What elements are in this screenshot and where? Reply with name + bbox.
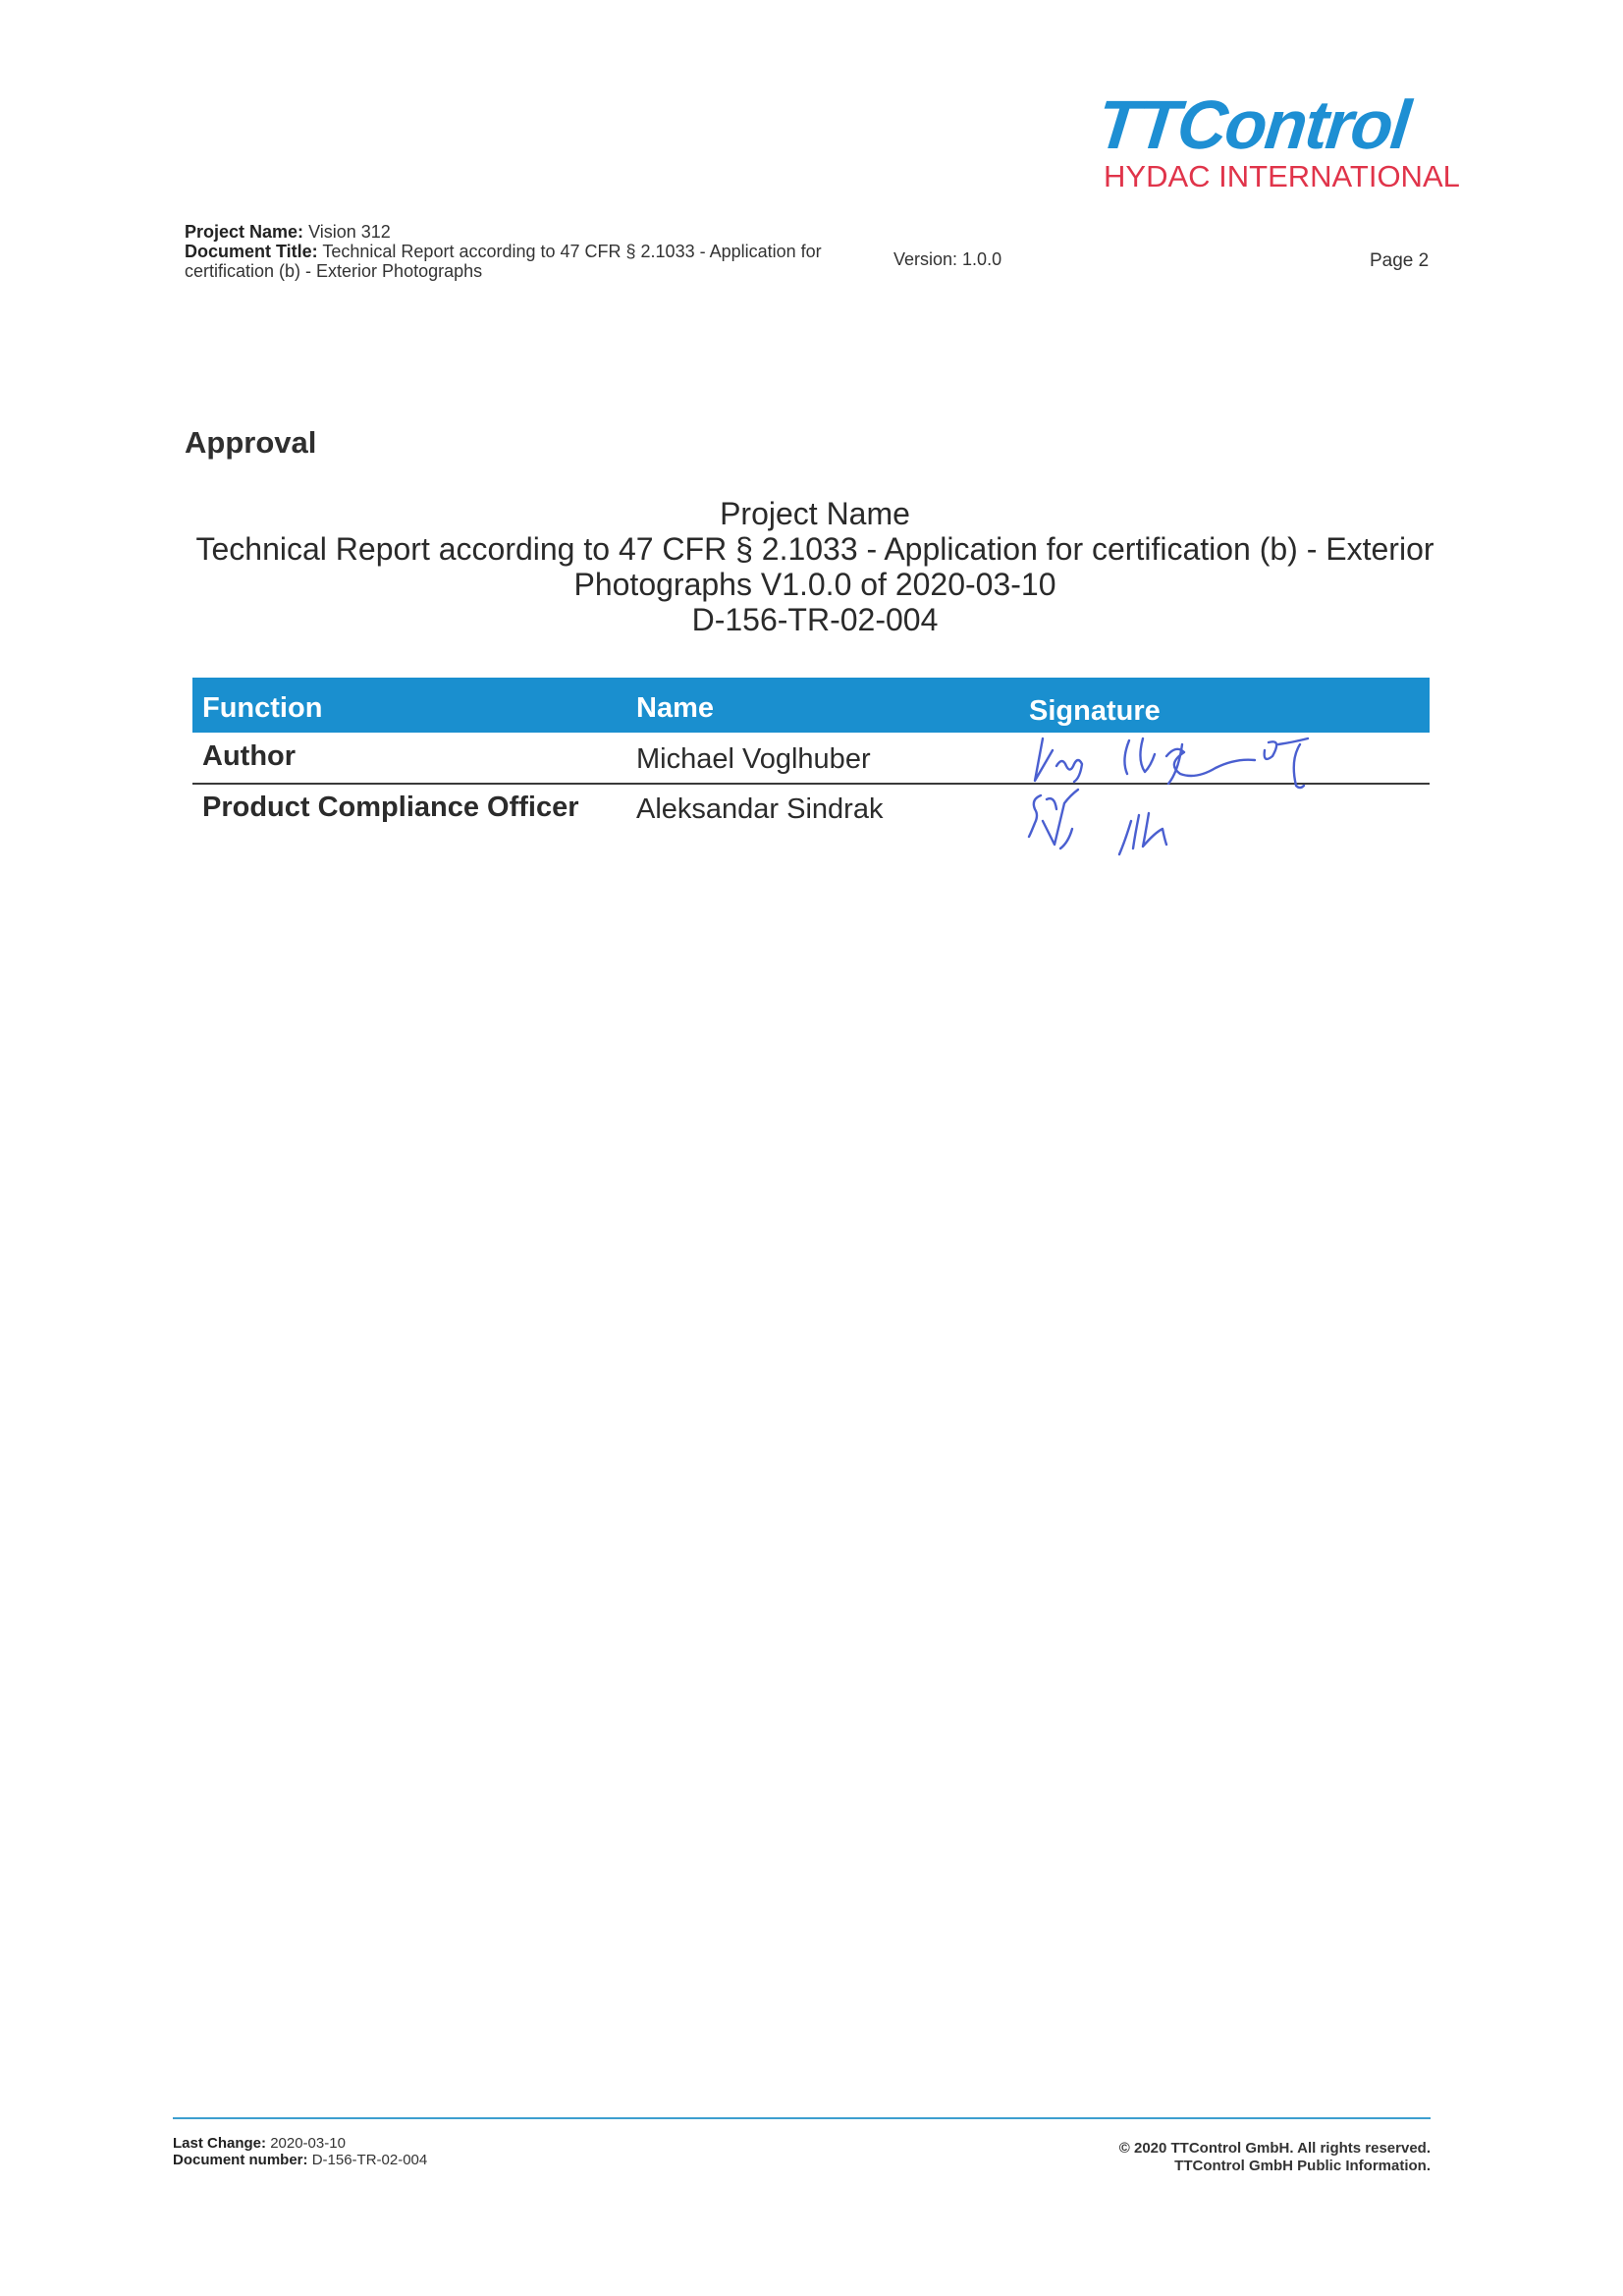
- version-label: Version: 1.0.0: [893, 249, 1001, 270]
- table-row-function: Product Compliance Officer: [202, 792, 579, 824]
- column-header-function: Function: [202, 692, 322, 725]
- section-heading: Approval: [185, 425, 316, 461]
- last-change-label: Last Change:: [173, 2135, 266, 2152]
- copyright-text: © 2020 TTControl GmbH. All rights reserv…: [982, 2140, 1431, 2158]
- column-header-name: Name: [636, 692, 714, 725]
- table-row-name: Michael Voglhuber: [636, 743, 871, 776]
- signature-compliance-officer: [1021, 786, 1237, 864]
- project-name-line: Project Name: Vision 312: [185, 222, 872, 242]
- approval-table-header: [192, 678, 1430, 733]
- footer-meta: Last Change: 2020-03-10 Document number:…: [173, 2135, 427, 2168]
- page-number: Page 2: [1370, 250, 1429, 272]
- classification-text: TTControl GmbH Public Information.: [982, 2158, 1431, 2175]
- last-change-value: 2020-03-10: [270, 2135, 346, 2152]
- document-header-meta: Project Name: Vision 312 Document Title:…: [185, 222, 872, 281]
- column-header-signature: Signature: [1029, 695, 1161, 728]
- document-number-value: D-156-TR-02-004: [312, 2152, 428, 2168]
- document-title-label: Document Title:: [185, 242, 318, 261]
- title-line: Project Name: [157, 496, 1473, 531]
- company-logo-subtitle: HYDAC INTERNATIONAL: [1104, 161, 1460, 191]
- document-number-line: Document number: D-156-TR-02-004: [173, 2152, 427, 2168]
- approval-title-block: Project Name Technical Report according …: [157, 496, 1473, 637]
- footer-divider: [173, 2117, 1431, 2119]
- document-number-label: Document number:: [173, 2152, 308, 2168]
- project-name-value: Vision 312: [308, 222, 391, 242]
- footer-copyright: © 2020 TTControl GmbH. All rights reserv…: [982, 2140, 1431, 2175]
- title-line: Photographs V1.0.0 of 2020-03-10: [157, 567, 1473, 602]
- company-logo: TTControl: [1094, 90, 1412, 159]
- last-change-line: Last Change: 2020-03-10: [173, 2135, 427, 2152]
- document-title-line: Document Title: Technical Report accordi…: [185, 242, 862, 281]
- project-name-label: Project Name:: [185, 222, 303, 242]
- title-line: D-156-TR-02-004: [157, 602, 1473, 637]
- table-row-function: Author: [202, 740, 296, 773]
- table-row-name: Aleksandar Sindrak: [636, 793, 883, 826]
- title-line: Technical Report according to 47 CFR § 2…: [157, 531, 1473, 567]
